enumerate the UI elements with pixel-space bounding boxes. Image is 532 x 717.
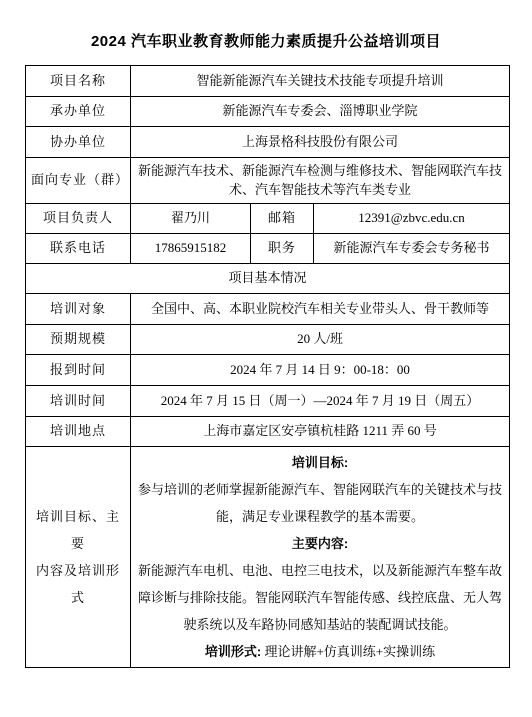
table-row: 项目基本情况 xyxy=(26,264,510,294)
scale-label: 预期规模 xyxy=(26,325,131,355)
table-row: 项目负责人 翟乃川 邮箱 12391@zbvc.edu.cn xyxy=(26,204,510,234)
email-value: 12391@zbvc.edu.cn xyxy=(314,204,510,234)
section-header: 项目基本情况 xyxy=(26,264,510,294)
training-project-table: 项目名称 智能新能源汽车关键技术技能专项提升培训 承办单位 新能源汽车专委会、淄… xyxy=(25,65,510,668)
details-label-line1: 培训目标、主要 xyxy=(31,503,125,557)
table-row: 面向专业（群） 新能源汽车技术、新能源汽车检测与维修技术、智能网联汽车技术、汽车… xyxy=(26,158,510,204)
table-row: 联系电话 17865915182 职务 新能源汽车专委会专务秘书 xyxy=(26,234,510,264)
table-row: 预期规模 20 人/班 xyxy=(26,325,510,355)
goal-text: 参与培训的老师掌握新能源汽车、智能网联汽车的关键技术与技能，满足专业课程教学的基… xyxy=(136,476,504,530)
training-time-value: 2024 年 7 月 15 日（周一）—2024 年 7 月 19 日（周五） xyxy=(131,386,510,417)
email-label: 邮箱 xyxy=(251,204,314,234)
phone-value: 17865915182 xyxy=(131,234,251,264)
co-organizer-value: 上海景格科技股份有限公司 xyxy=(131,127,510,158)
job-title-value: 新能源汽车专委会专务秘书 xyxy=(314,234,510,264)
location-value: 上海市嘉定区安亭镇杭桂路 1211 弄 60 号 xyxy=(131,417,510,447)
table-row: 报到时间 2024 年 7 月 14 日 9：00-18：00 xyxy=(26,355,510,386)
details-label: 培训目标、主要 内容及培训形式 xyxy=(26,447,131,668)
location-label: 培训地点 xyxy=(26,417,131,447)
leader-value: 翟乃川 xyxy=(131,204,251,234)
form-line: 培训形式: 理论讲解+仿真训练+实操训练 xyxy=(136,638,504,665)
checkin-time-label: 报到时间 xyxy=(26,355,131,386)
form-heading: 培训形式: xyxy=(205,644,261,659)
table-row: 承办单位 新能源汽车专委会、淄博职业学院 xyxy=(26,97,510,127)
table-row: 协办单位 上海景格科技股份有限公司 xyxy=(26,127,510,158)
page-title: 2024 汽车职业教育教师能力素质提升公益培训项目 xyxy=(0,30,532,51)
goal-heading: 培训目标: xyxy=(136,449,504,476)
phone-label: 联系电话 xyxy=(26,234,131,264)
table-row: 培训地点 上海市嘉定区安亭镇杭桂路 1211 弄 60 号 xyxy=(26,417,510,447)
table-row: 培训目标、主要 内容及培训形式 培训目标: 参与培训的老师掌握新能源汽车、智能网… xyxy=(26,447,510,668)
trainees-label: 培训对象 xyxy=(26,294,131,325)
content-heading: 主要内容: xyxy=(136,530,504,557)
trainees-value: 全国中、高、本职业院校汽车相关专业带头人、骨干教师等 xyxy=(131,294,510,325)
scale-value: 20 人/班 xyxy=(131,325,510,355)
project-name-label: 项目名称 xyxy=(26,66,131,97)
majors-value: 新能源汽车技术、新能源汽车检测与维修技术、智能网联汽车技术、汽车智能技术等汽车类… xyxy=(131,158,510,204)
training-time-label: 培训时间 xyxy=(26,386,131,417)
table-row: 项目名称 智能新能源汽车关键技术技能专项提升培训 xyxy=(26,66,510,97)
organizer-label: 承办单位 xyxy=(26,97,131,127)
form-text: 理论讲解+仿真训练+实操训练 xyxy=(261,644,435,659)
details-content: 培训目标: 参与培训的老师掌握新能源汽车、智能网联汽车的关键技术与技能，满足专业… xyxy=(131,447,510,668)
leader-label: 项目负责人 xyxy=(26,204,131,234)
table-row: 培训时间 2024 年 7 月 15 日（周一）—2024 年 7 月 19 日… xyxy=(26,386,510,417)
majors-label: 面向专业（群） xyxy=(26,158,131,204)
project-name-value: 智能新能源汽车关键技术技能专项提升培训 xyxy=(131,66,510,97)
job-title-label: 职务 xyxy=(251,234,314,264)
details-label-line2: 内容及培训形式 xyxy=(31,557,125,611)
checkin-time-value: 2024 年 7 月 14 日 9：00-18：00 xyxy=(131,355,510,386)
co-organizer-label: 协办单位 xyxy=(26,127,131,158)
table-row: 培训对象 全国中、高、本职业院校汽车相关专业带头人、骨干教师等 xyxy=(26,294,510,325)
organizer-value: 新能源汽车专委会、淄博职业学院 xyxy=(131,97,510,127)
content-text: 新能源汽车电机、电池、电控三电技术，以及新能源汽车整车故障诊断与排除技能。智能网… xyxy=(136,557,504,638)
